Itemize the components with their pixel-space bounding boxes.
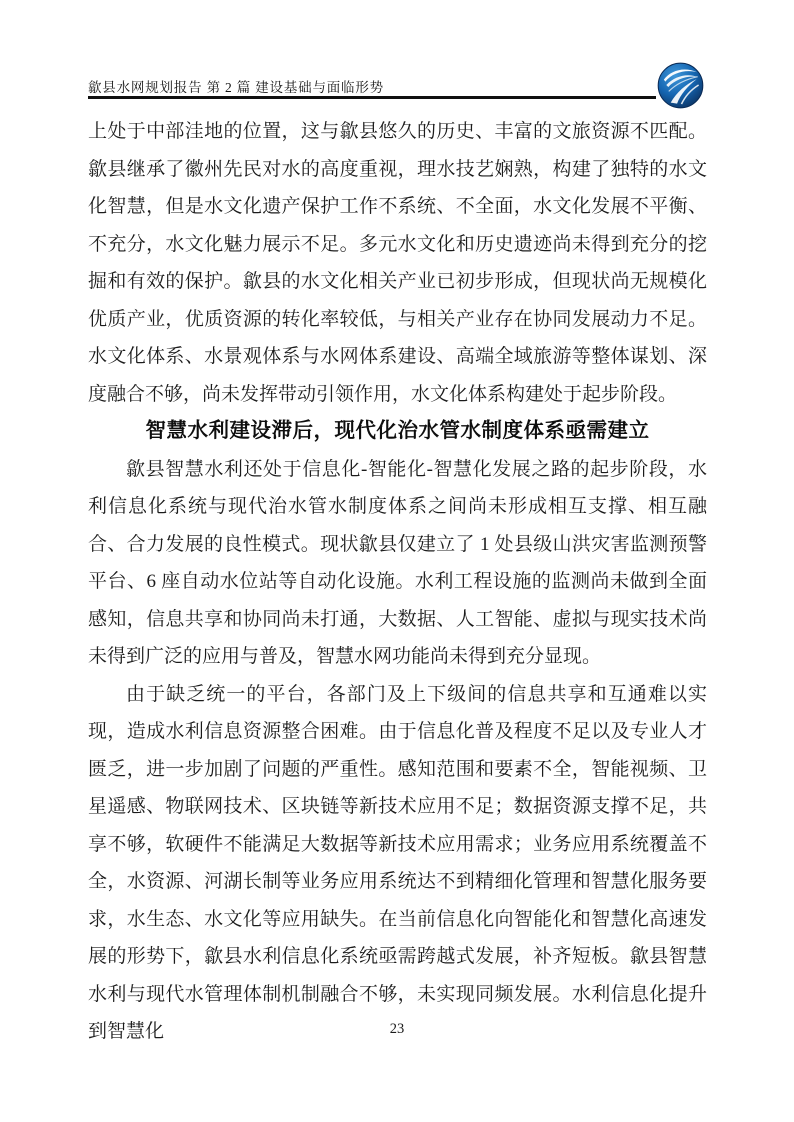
water-swoosh-globe-icon: [657, 62, 704, 109]
paragraph-informatization-gaps: 由于缺乏统一的平台，各部门及上下级间的信息共享和互通难以实现，造成水利信息资源整…: [88, 676, 707, 1051]
header-title: 歙县水网规划报告 第 2 篇 建设基础与面临形势: [88, 76, 384, 96]
section-heading-smart-water: 智慧水利建设滞后，现代化治水管水制度体系亟需建立: [88, 413, 707, 451]
document-page: 歙县水网规划报告 第 2 篇 建设基础与面临形势 上处于中部洼地的位置，这与歙县…: [0, 0, 794, 1122]
paragraph-smart-water-status: 歙县智慧水利还处于信息化-智能化-智慧化发展之路的起步阶段，水利信息化系统与现代…: [88, 451, 707, 676]
header-rule: [88, 96, 656, 99]
page-number: 23: [390, 1021, 405, 1037]
paragraph-water-culture: 上处于中部洼地的位置，这与歙县悠久的历史、丰富的文旅资源不匹配。歙县继承了徽州先…: [88, 113, 707, 413]
page-footer: 23: [0, 1020, 794, 1038]
document-body: 上处于中部洼地的位置，这与歙县悠久的历史、丰富的文旅资源不匹配。歙县继承了徽州先…: [88, 113, 707, 1051]
